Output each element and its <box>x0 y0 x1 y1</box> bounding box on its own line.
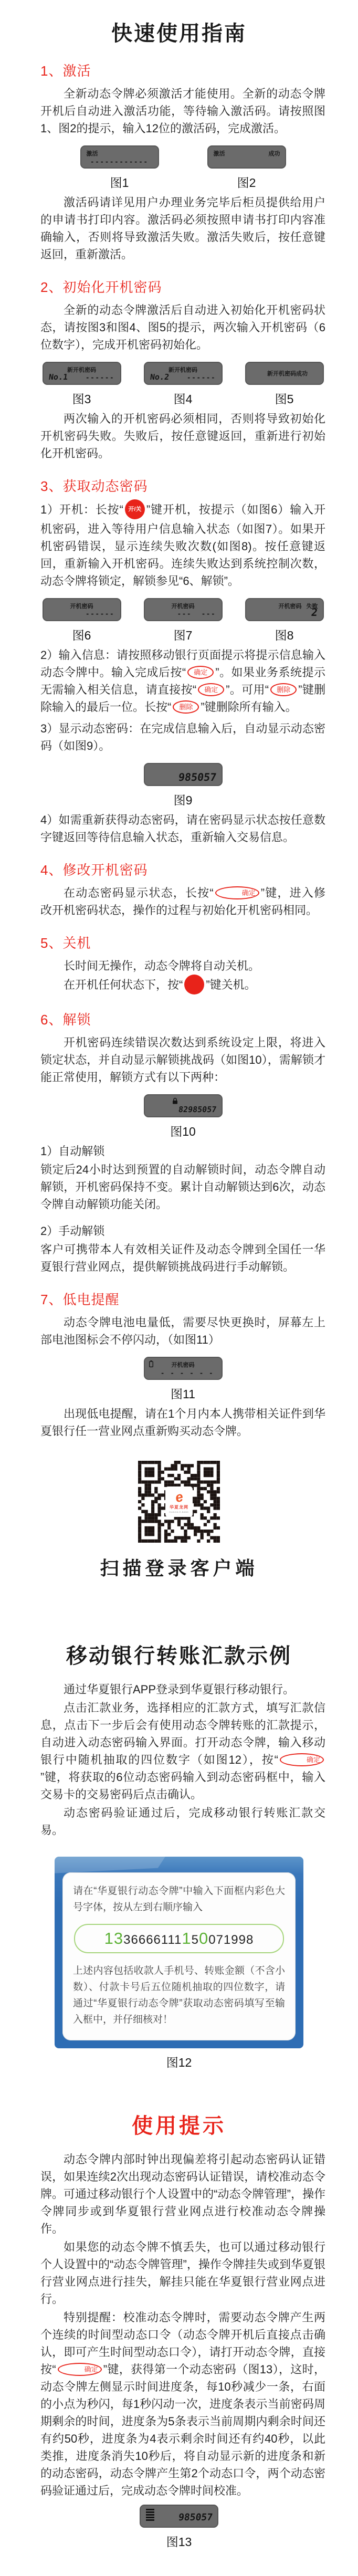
tips-body: 动态令牌内部时钟出现偏差将引起动态密码认证错误，如果连续2次出现动态密码认证错误… <box>0 2151 358 2499</box>
activate-paragraph-2: 激活码请详见用户办理业务完毕后柜员提供给用户的申请书打印内容。激活码必须按照申请… <box>40 194 325 263</box>
figure-5: 新开机密码成功 图5 <box>245 362 324 407</box>
modify-paragraph: 在动态密码显示状态，长按“确定”键，进入修改开机密码状态，操作的过程与初始化开机… <box>40 884 325 919</box>
screen-label: 开机密码 <box>145 1360 222 1369</box>
initpwd-paragraph-1: 全新的动态令牌激活后自动进入初始化开机密码状态，请按图3和图4、图5的提示，两次… <box>40 301 325 353</box>
input-placeholder-dashes: --- --- <box>177 610 216 617</box>
figure-8: 开机密码 失败 2 图8 <box>245 598 324 643</box>
getotp-step-4: 4）如需重新获得动态密码，请在密码显示状态按任意数字键返回等待信息输入状态，重新… <box>40 811 325 846</box>
figure-row-6-7-8: 开机密码 ------ 图6 开机密码 --- --- 图7 开机密码 失败 2… <box>40 598 325 643</box>
poweroff-paragraph-2: 在开机任何状态下，按“开/关”键关机。 <box>40 976 325 996</box>
highlighted-digits: 13 <box>104 1929 123 1947</box>
screen-label: 开机密码 <box>44 602 120 610</box>
unlock-manual-body: 客户可携带本人有效相关证件及动态令牌到全国任一华夏银行营业网点，提供解锁挑战码进… <box>40 1241 325 1275</box>
guide-body: 1、激活 全新动态令牌必须激活才能使用。全新的动态令牌开机后自动进入激活功能，等… <box>0 60 358 1440</box>
ok-key-illustration: 确定 <box>187 666 214 679</box>
transfer-body: 通过华夏银行APP登录到华夏银行移动银行。 点击汇款业务，选择相应的汇款方式，填… <box>0 1681 358 1839</box>
text-run: ”。可用“ <box>226 683 269 696</box>
del-key-illustration: 删除 <box>270 683 297 696</box>
figure-caption: 图13 <box>140 2532 218 2550</box>
figure-caption: 图4 <box>144 390 223 407</box>
ok-key-illustration: 确定 <box>58 2363 102 2376</box>
time-progress-bars <box>146 2509 154 2521</box>
input-placeholder-dashes: ------ <box>187 374 216 381</box>
attempt-counter: No.2 <box>149 372 169 382</box>
qr-center-logo: e 华夏龙网 HUAXIA E-BANK <box>165 1486 193 1517</box>
token-screen-locked: 82985057 <box>144 1094 223 1117</box>
figure-caption: 图12 <box>0 2053 358 2070</box>
token-screen-newpwd-success: 新开机密码成功 <box>245 362 324 385</box>
figure-caption: 图10 <box>144 1122 223 1139</box>
figure-2: 激活 成功 图2 <box>207 145 286 191</box>
otp-code: 985057 <box>178 2512 214 2523</box>
activate-paragraph-1: 全新动态令牌必须激活才能使用。全新的动态令牌开机后自动进入激活功能，等待输入激活… <box>40 85 325 137</box>
transfer-paragraph-2: 点击汇款业务，选择相应的汇款方式，填写汇款信息，点击下一步后会有使用动态令牌转账… <box>40 1699 325 1803</box>
tips-paragraph-1: 动态令牌内部时钟出现偏差将引起动态密码认证错误，如果连续2次出现动态密码认证错误… <box>40 2151 325 2237</box>
bank-e-logo-icon: e <box>174 1490 184 1504</box>
manual-page: 快速使用指南 1、激活 全新动态令牌必须激活才能使用。全新的动态令牌开机后自动进… <box>0 0 358 2576</box>
figure-caption: 图11 <box>144 1385 223 1402</box>
transfer-title: 移动银行转账汇款示例 <box>0 1639 358 1669</box>
section-heading-lowbatt: 7、低电提醒 <box>40 1289 325 1308</box>
figure-caption: 图8 <box>245 626 324 643</box>
tips-title: 使用提示 <box>0 2109 358 2139</box>
ok-key-illustration: 确定 <box>198 683 224 696</box>
qr-code-image: e 华夏龙网 HUAXIA E-BANK <box>138 1461 220 1543</box>
initpwd-paragraph-2: 两次输入的开机密码必须相同，否则将导致初始化开机密码失败。失败后，按任意键返回，… <box>40 410 325 462</box>
del-key-illustration: 删除 <box>173 700 199 714</box>
input-placeholder-dashes: - - - - - - <box>161 1369 214 1377</box>
figure-13: 985057 图13 <box>140 2505 218 2550</box>
text-run: ”键，将获取的6位动态密码输入到动态密码框中，输入交易卡的交易密码后点击确认。 <box>40 1771 325 1801</box>
lowbatt-paragraph-1: 动态令牌电池电量低，需要尽快更换时，屏幕左上部电池图标会不停闪动，（如图11） <box>40 1314 325 1348</box>
token-screen-pwd-entry: 开机密码 ------ <box>43 598 121 621</box>
power-key-illustration: 开/关 <box>125 499 145 519</box>
figure-3: 新开机密码 No.1 ------ 图3 <box>43 362 121 407</box>
mobile-app-screenshot: 请在“华夏银行动态令牌”中输入下面框内彩色大号字体，按从左到右顺序输入 1336… <box>55 1857 303 2048</box>
figure-row-10: 82985057 图10 <box>40 1094 325 1139</box>
transfer-paragraph-1: 通过华夏银行APP登录到华夏银行移动银行。 <box>40 1681 325 1698</box>
text-run: ”键关机。 <box>206 978 256 991</box>
highlighted-digits: 1 <box>182 1929 191 1947</box>
figure-caption: 图3 <box>43 390 121 407</box>
screen-status: 新开机密码成功 <box>246 363 323 384</box>
getotp-step-2: 2）输入信息：请按照移动银行页面提示将提示信息输入动态令牌中。输入完成后按“确定… <box>40 646 325 716</box>
unlock-paragraph-1: 开机密码连续错误次数达到系统设定上限，将进入锁定状态，并自动显示解锁挑战码（如图… <box>40 1034 325 1086</box>
ok-key-illustration: 确定 <box>280 1753 324 1766</box>
token-screen-lowbatt: 开机密码 - - - - - - <box>144 1357 223 1380</box>
otp-code: 985057 <box>178 771 217 783</box>
screen-status: 成功 <box>269 149 280 158</box>
unlock-challenge-code: 82985057 <box>178 1105 217 1114</box>
otp-prompt-text-top: 请在“华夏银行动态令牌”中输入下面框内彩色大号字体，按从左到右顺序输入 <box>73 1883 285 1915</box>
text-run: 071998 <box>208 1933 254 1947</box>
bank-logo-subtext: HUAXIA E-BANK <box>169 1511 188 1513</box>
text-run: 36666111 <box>123 1933 182 1947</box>
text-run: ”键，获得第一个动态密码（图13），这时，动态令牌左侧显示时间进度条，每10秒减… <box>40 2363 325 2497</box>
figure-caption: 图7 <box>144 626 223 643</box>
text-run: 5 <box>192 1933 199 1947</box>
figure-1: 激活 ------------ 图1 <box>80 145 159 191</box>
section-heading-getotp: 3、获取动态密码 <box>40 476 325 495</box>
otp-prompt-text-bottom: 上述内容包括收款人手机号、转账金额（不含小数）、付款卡号后五位随机抽取的四位数字… <box>73 1963 285 2028</box>
text-run: 1）开机：长按“ <box>40 503 123 516</box>
figure-row-13: 985057 图13 <box>0 2505 358 2550</box>
token-screen-otp: 985057 <box>144 763 223 786</box>
token-screen-activate-input: 激活 ------------ <box>80 145 159 169</box>
text-run: 在开机任何状态下，按“ <box>64 978 183 991</box>
qr-caption: 扫描登录客户端 <box>0 1554 358 1580</box>
figure-9: 985057 图9 <box>144 763 223 808</box>
qr-block: e 华夏龙网 HUAXIA E-BANK 扫描登录客户端 <box>0 1461 358 1580</box>
section-heading-poweroff: 5、关机 <box>40 933 325 952</box>
figure-11: 开机密码 - - - - - - 图11 <box>144 1357 223 1402</box>
guide-title: 快速使用指南 <box>0 17 358 47</box>
lowbatt-paragraph-2: 出现低电提醒，请在1个月内本人携带相关证件到华夏银行任一营业网点重新购买动态令牌… <box>40 1405 325 1440</box>
text-run: 在动态密码显示状态，长按“ <box>64 886 214 899</box>
figure-caption: 图5 <box>245 390 324 407</box>
fail-count: 2 <box>311 606 319 619</box>
token-screen-pwd-fail: 开机密码 失败 2 <box>245 598 324 621</box>
text-run: ”键删除所有输入。 <box>201 700 297 714</box>
screen-label: 开机密码 <box>279 602 302 610</box>
token-screen-activate-success: 激活 成功 <box>207 145 286 169</box>
token-screen-newpwd-1: 新开机密码 No.1 ------ <box>43 362 121 385</box>
figure-7: 开机密码 --- --- 图7 <box>144 598 223 643</box>
token-screen-time-otp: 985057 <box>140 2505 218 2528</box>
figure-caption: 图9 <box>144 791 223 808</box>
token-screen-newpwd-2: 新开机密码 No.2 ------ <box>144 362 223 385</box>
lock-icon <box>172 1097 178 1107</box>
figure-4: 新开机密码 No.2 ------ 图4 <box>144 362 223 407</box>
getotp-step-3: 3）显示动态密码：在完成信息输入后，自动显示动态密码（如图9）。 <box>40 720 325 755</box>
section-heading-initpwd: 2、初始化开机密码 <box>40 277 325 296</box>
unlock-auto-heading: 1）自动解锁 <box>40 1143 325 1160</box>
transfer-paragraph-3: 动态密码验证通过后，完成移动银行转账汇款交易。 <box>40 1804 325 1839</box>
attempt-counter: No.1 <box>48 372 68 382</box>
screen-label: 开机密码 <box>145 602 222 610</box>
input-placeholder-dashes: ------ <box>86 374 114 381</box>
figure-row-3-4-5: 新开机密码 No.1 ------ 图3 新开机密码 No.2 ------ 图… <box>40 362 325 407</box>
otp-prompt-panel: 请在“华夏银行动态令牌”中输入下面框内彩色大号字体，按从左到右顺序输入 1336… <box>62 1872 296 2040</box>
figure-caption: 图1 <box>80 173 159 191</box>
challenge-number-field: 1336666111150071998 <box>74 1924 284 1953</box>
figure-row-1-2: 激活 ------------ 图1 激活 成功 图2 <box>40 145 325 191</box>
highlighted-digits: 0 <box>199 1929 208 1947</box>
unlock-manual-heading: 2）手动解锁 <box>40 1222 325 1240</box>
figure-6: 开机密码 ------ 图6 <box>43 598 121 643</box>
figure-caption: 图6 <box>43 626 121 643</box>
section-heading-activate: 1、激活 <box>40 60 325 80</box>
figure-caption: 图2 <box>207 173 286 191</box>
getotp-step-1: 1）开机：长按“开/关”键开机，按提示（如图6）输入开机密码，进入等待用户信息输… <box>40 500 325 590</box>
figure-10: 82985057 图10 <box>144 1094 223 1139</box>
input-placeholder-dashes: ------ <box>86 610 114 617</box>
figure-row-11: 开机密码 - - - - - - 图11 <box>40 1357 325 1402</box>
input-placeholder-dashes: ------------ <box>86 158 154 165</box>
bank-logo-text: 华夏龙网 <box>170 1504 188 1510</box>
section-heading-modify: 4、修改开机密码 <box>40 860 325 879</box>
tips-paragraph-3: 特别提醒：校准动态令牌时，需要动态令牌产生两个连续的时间型动态口令（动态令牌开机… <box>40 2309 325 2499</box>
token-screen-info-wait: 开机密码 --- --- <box>144 598 223 621</box>
unlock-auto-body: 锁定后24小时达到预置的自动解锁时间，动态令牌自动解锁，开机密码保持不变。累计自… <box>40 1161 325 1213</box>
figure-row-9: 985057 图9 <box>40 763 325 808</box>
screen-label: 激活 <box>214 149 225 158</box>
ok-key-illustration: 确定 <box>215 886 259 899</box>
section-heading-unlock: 6、解锁 <box>40 1009 325 1029</box>
power-key-illustration: 开/关 <box>184 975 204 994</box>
tips-paragraph-2: 如果您的动态令牌不慎丢失，也可以通过移动银行个人设置中的“动态令牌管理”，操作令… <box>40 2238 325 2308</box>
screen-label: 激活 <box>87 149 98 158</box>
